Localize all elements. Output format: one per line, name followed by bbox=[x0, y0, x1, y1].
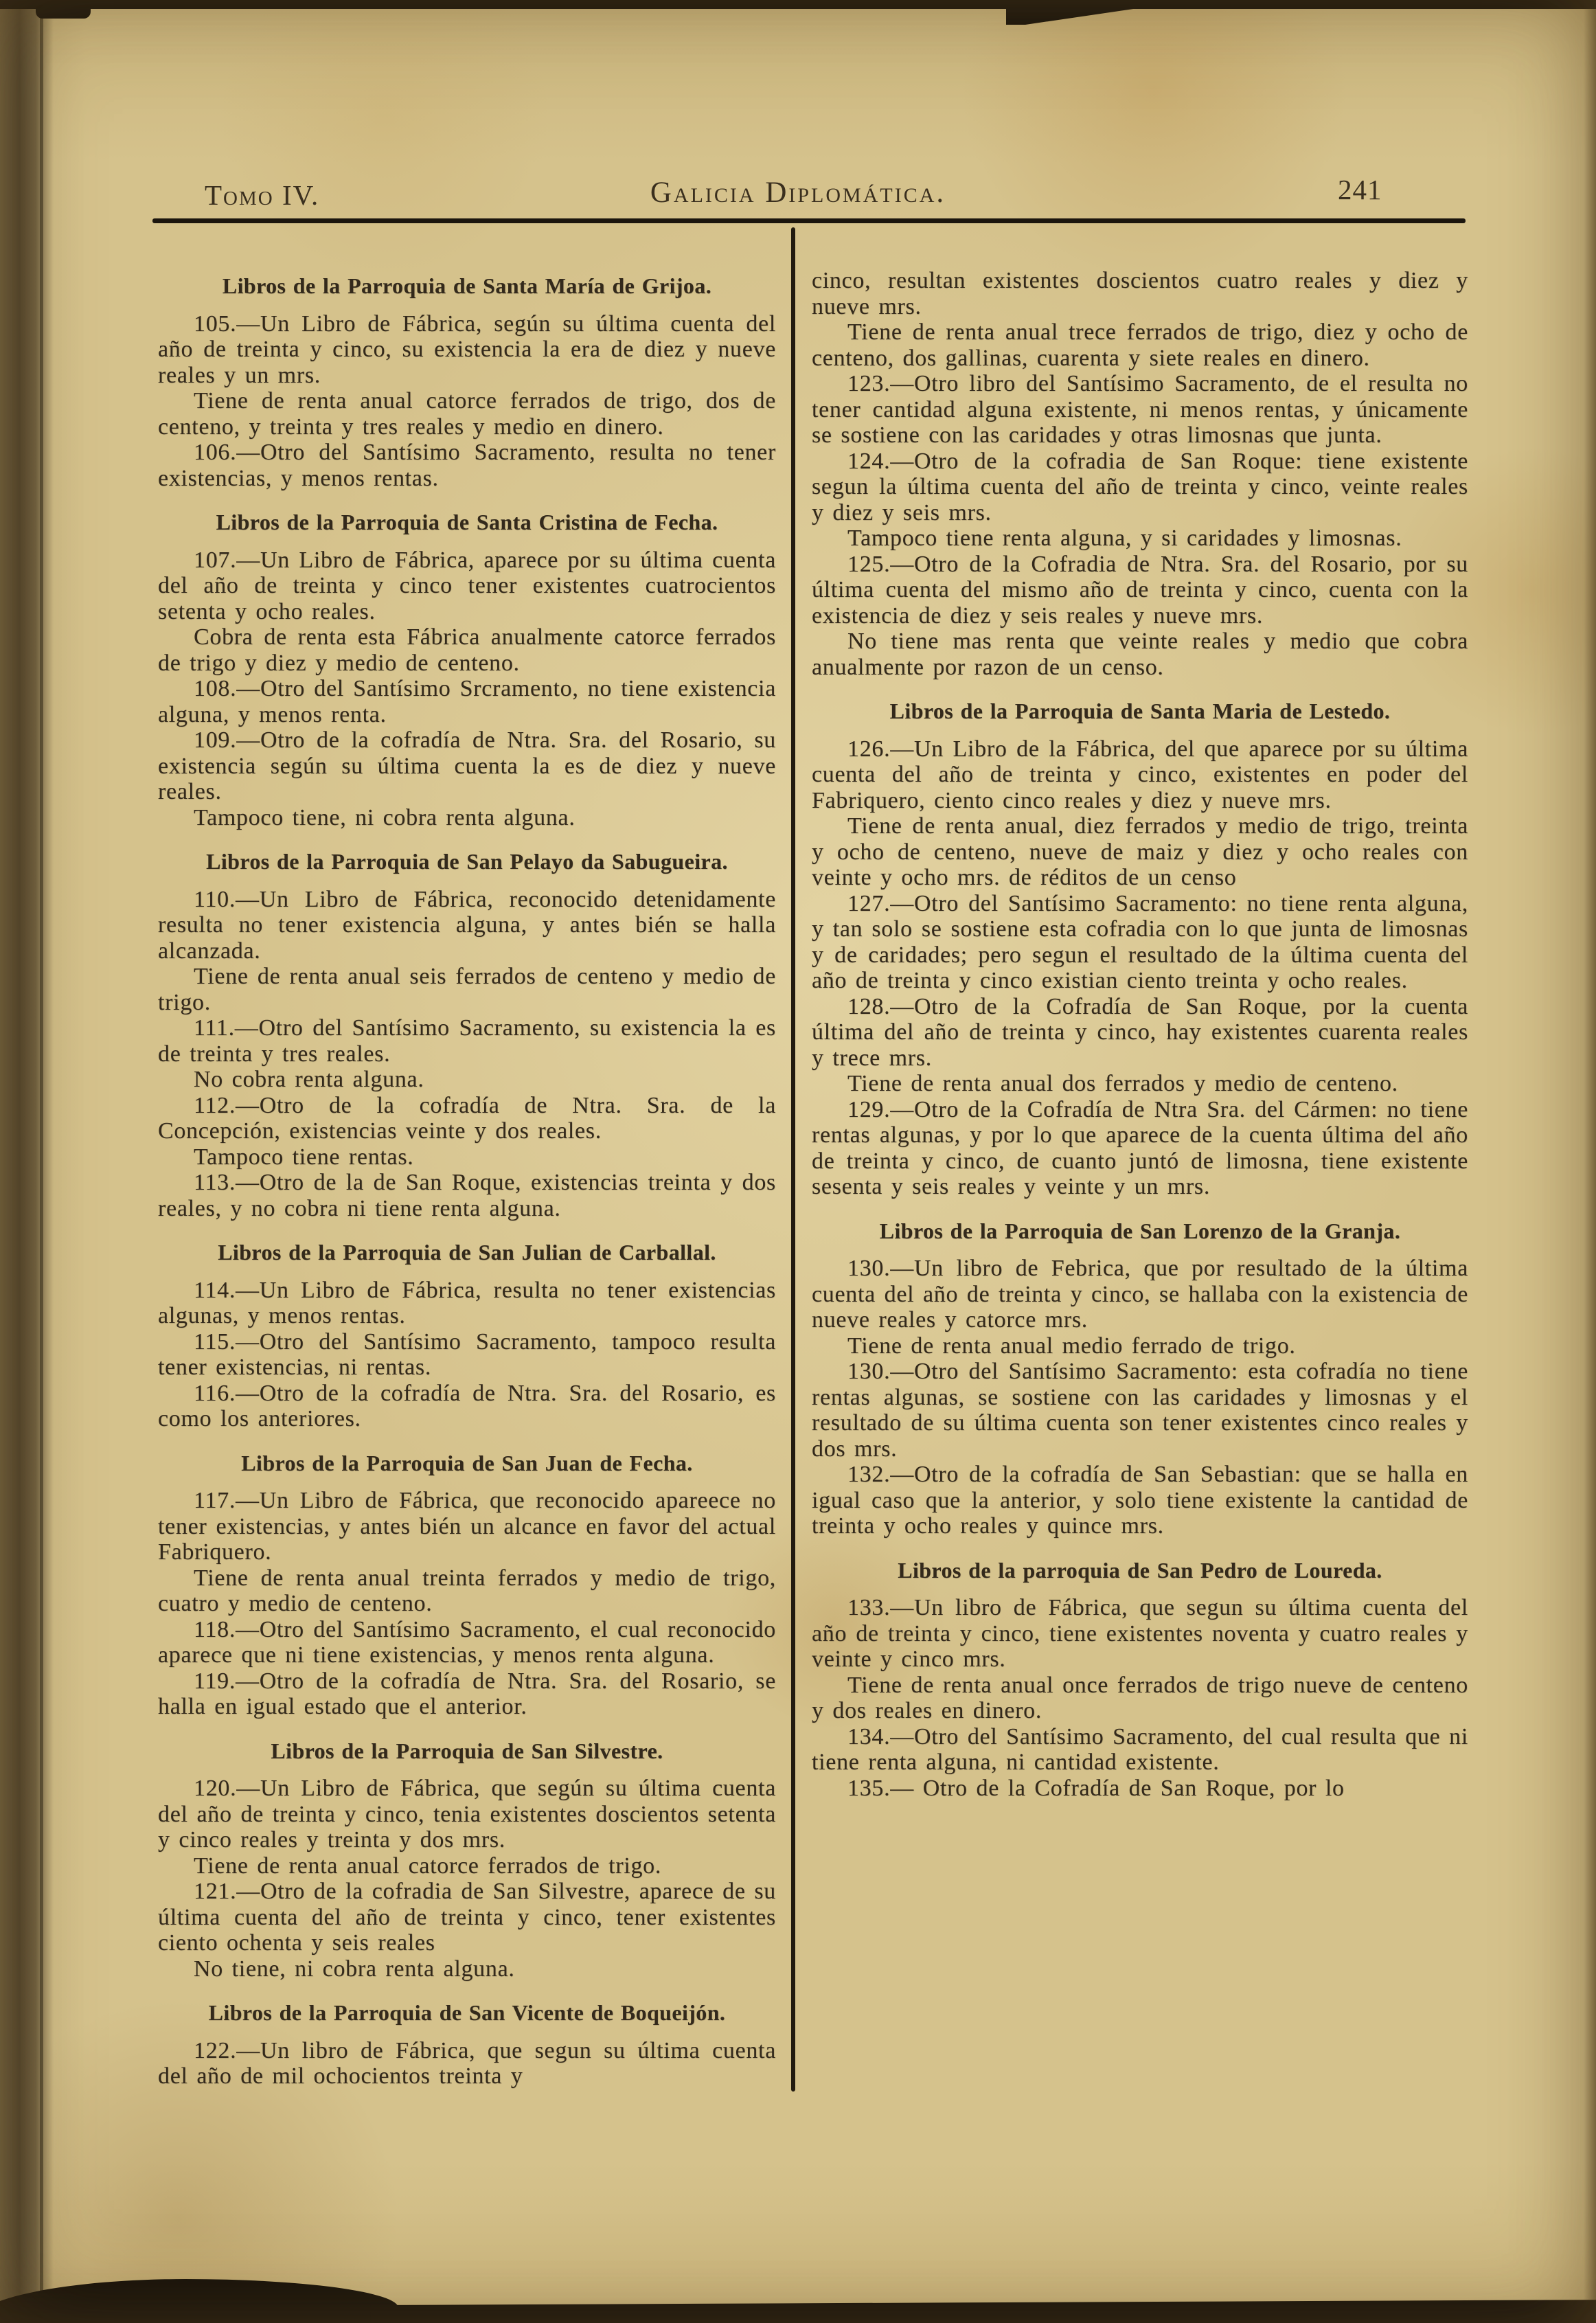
entry-paragraph: 122.—Un libro de Fábrica, que segun su ú… bbox=[158, 2038, 776, 2089]
entry-paragraph: 110.—Un Libro de Fábrica, reconocido det… bbox=[158, 887, 776, 964]
entry-paragraph: 125.—Otro de la Cofradia de Ntra. Sra. d… bbox=[812, 552, 1468, 629]
left-column: Libros de la Parroquia de Santa María de… bbox=[158, 272, 776, 2089]
entry-paragraph: 120.—Un Libro de Fábrica, que según su ú… bbox=[158, 1776, 776, 1853]
page-title: Galicia Diplomática. bbox=[650, 176, 946, 209]
entry-paragraph: 121.—Otro de la cofradia de San Silvestr… bbox=[158, 1879, 776, 1956]
entry-paragraph: 106.—Otro del Santísimo Sacramento, resu… bbox=[158, 440, 776, 491]
entry-paragraph: Tiene de renta anual seis ferrados de ce… bbox=[158, 964, 776, 1015]
entry-paragraph: 127.—Otro del Santísimo Sacramento: no t… bbox=[812, 891, 1468, 994]
entry-paragraph: Tampoco tiene, ni cobra renta alguna. bbox=[158, 805, 776, 831]
section-heading: Libros de la parroquia de San Pedro de L… bbox=[812, 1558, 1468, 1584]
section-heading: Libros de la Parroquia de San Vicente de… bbox=[158, 2000, 776, 2026]
entry-paragraph: Tiene de renta anual treinta ferrados y … bbox=[158, 1565, 776, 1617]
entry-paragraph: 118.—Otro del Santísimo Sacramento, el c… bbox=[158, 1617, 776, 1668]
entry-paragraph: 117.—Un Libro de Fábrica, que reconocido… bbox=[158, 1488, 776, 1565]
entry-paragraph: Tiene de renta anual dos ferrados y medi… bbox=[812, 1071, 1468, 1097]
entry-paragraph: 112.—Otro de la cofradía de Ntra. Sra. d… bbox=[158, 1093, 776, 1144]
entry-paragraph: 114.—Un Libro de Fábrica, resulta no ten… bbox=[158, 1278, 776, 1329]
scan-edge-top bbox=[0, 0, 1596, 9]
entry-paragraph: 124.—Otro de la cofradia de San Roque: t… bbox=[812, 449, 1468, 526]
section-heading: Libros de la Parroquia de San Juan de Fe… bbox=[158, 1451, 776, 1477]
entry-paragraph: 108.—Otro del Santísimo Srcramento, no t… bbox=[158, 676, 776, 727]
entry-paragraph: 107.—Un Libro de Fábrica, aparece por su… bbox=[158, 547, 776, 625]
volume-label: Tomo IV. bbox=[205, 179, 319, 212]
section-heading: Libros de la Parroquia de San Pelayo da … bbox=[158, 849, 776, 875]
section-heading: Libros de la Parroquia de Santa Maria de… bbox=[812, 699, 1468, 725]
entry-paragraph: 105.—Un Libro de Fábrica, según su últim… bbox=[158, 311, 776, 389]
entry-paragraph: No tiene mas renta que veinte reales y m… bbox=[812, 628, 1468, 680]
entry-paragraph: 113.—Otro de la de San Roque, existencia… bbox=[158, 1170, 776, 1221]
entry-paragraph: 130.—Otro del Santísimo Sacramento: esta… bbox=[812, 1359, 1468, 1462]
entry-paragraph: Cobra de renta esta Fábrica anualmente c… bbox=[158, 624, 776, 676]
entry-paragraph: 123.—Otro libro del Santísimo Sacramento… bbox=[812, 371, 1468, 449]
section-heading: Libros de la Parroquia de Santa Cristina… bbox=[158, 510, 776, 536]
entry-paragraph: Tiene de renta anual medio ferrado de tr… bbox=[812, 1333, 1468, 1359]
entry-paragraph: Tiene de renta anual, diez ferrados y me… bbox=[812, 813, 1468, 891]
scan-edge-right bbox=[1584, 0, 1596, 2323]
entry-paragraph: 133.—Un libro de Fábrica, que segun su ú… bbox=[812, 1595, 1468, 1673]
page-number: 241 bbox=[1338, 173, 1382, 206]
scan-edge-bottom bbox=[0, 2311, 1596, 2323]
entry-paragraph: 111.—Otro del Santísimo Sacramento, su e… bbox=[158, 1015, 776, 1067]
right-column: cinco, resultan existentes doscientos cu… bbox=[812, 268, 1468, 1801]
book-gutter-edge bbox=[0, 0, 86, 2323]
entry-paragraph: 128.—Otro de la Cofradía de San Roque, p… bbox=[812, 994, 1468, 1072]
section-heading: Libros de la Parroquia de Santa María de… bbox=[158, 273, 776, 299]
entry-paragraph: Tampoco tiene rentas. bbox=[158, 1144, 776, 1170]
entry-paragraph: 135.— Otro de la Cofradía de San Roque, … bbox=[812, 1776, 1468, 1802]
entry-paragraph: 109.—Otro de la cofradía de Ntra. Sra. d… bbox=[158, 727, 776, 805]
section-heading: Libros de la Parroquia de San Julian de … bbox=[158, 1240, 776, 1266]
column-divider bbox=[791, 227, 795, 2092]
entry-paragraph: Tampoco tiene renta alguna, y si caridad… bbox=[812, 525, 1468, 552]
entry-paragraph: 130.—Un libro de Febrica, que por result… bbox=[812, 1256, 1468, 1333]
entry-paragraph: 134.—Otro del Santísimo Sacramento, del … bbox=[812, 1724, 1468, 1776]
entry-paragraph: 129.—Otro de la Cofradía de Ntra Sra. de… bbox=[812, 1097, 1468, 1200]
entry-paragraph: Tiene de renta anual catorce ferrados de… bbox=[158, 388, 776, 440]
entry-paragraph: cinco, resultan existentes doscientos cu… bbox=[812, 268, 1468, 319]
entry-paragraph: No tiene, ni cobra renta alguna. bbox=[158, 1956, 776, 1982]
entry-paragraph: Tiene de renta anual once ferrados de tr… bbox=[812, 1673, 1468, 1724]
entry-paragraph: No cobra renta alguna. bbox=[158, 1067, 776, 1093]
entry-paragraph: Tiene de renta anual catorce ferrados de… bbox=[158, 1853, 776, 1879]
entry-paragraph: 132.—Otro de la cofradía de San Sebastia… bbox=[812, 1462, 1468, 1539]
entry-paragraph: 115.—Otro del Santísimo Sacramento, tamp… bbox=[158, 1329, 776, 1381]
entry-paragraph: 119.—Otro de la cofradía de Ntra. Sra. d… bbox=[158, 1668, 776, 1720]
entry-paragraph: 126.—Un Libro de la Fábrica, del que apa… bbox=[812, 736, 1468, 814]
section-heading: Libros de la Parroquia de San Lorenzo de… bbox=[812, 1219, 1468, 1245]
entry-paragraph: 116.—Otro de la cofradía de Ntra. Sra. d… bbox=[158, 1381, 776, 1432]
section-heading: Libros de la Parroquia de San Silvestre. bbox=[158, 1738, 776, 1765]
header-rule bbox=[152, 218, 1466, 223]
entry-paragraph: Tiene de renta anual trece ferrados de t… bbox=[812, 319, 1468, 371]
book-page-scan: Tomo IV. Galicia Diplomática. 241 Libros… bbox=[0, 0, 1596, 2323]
